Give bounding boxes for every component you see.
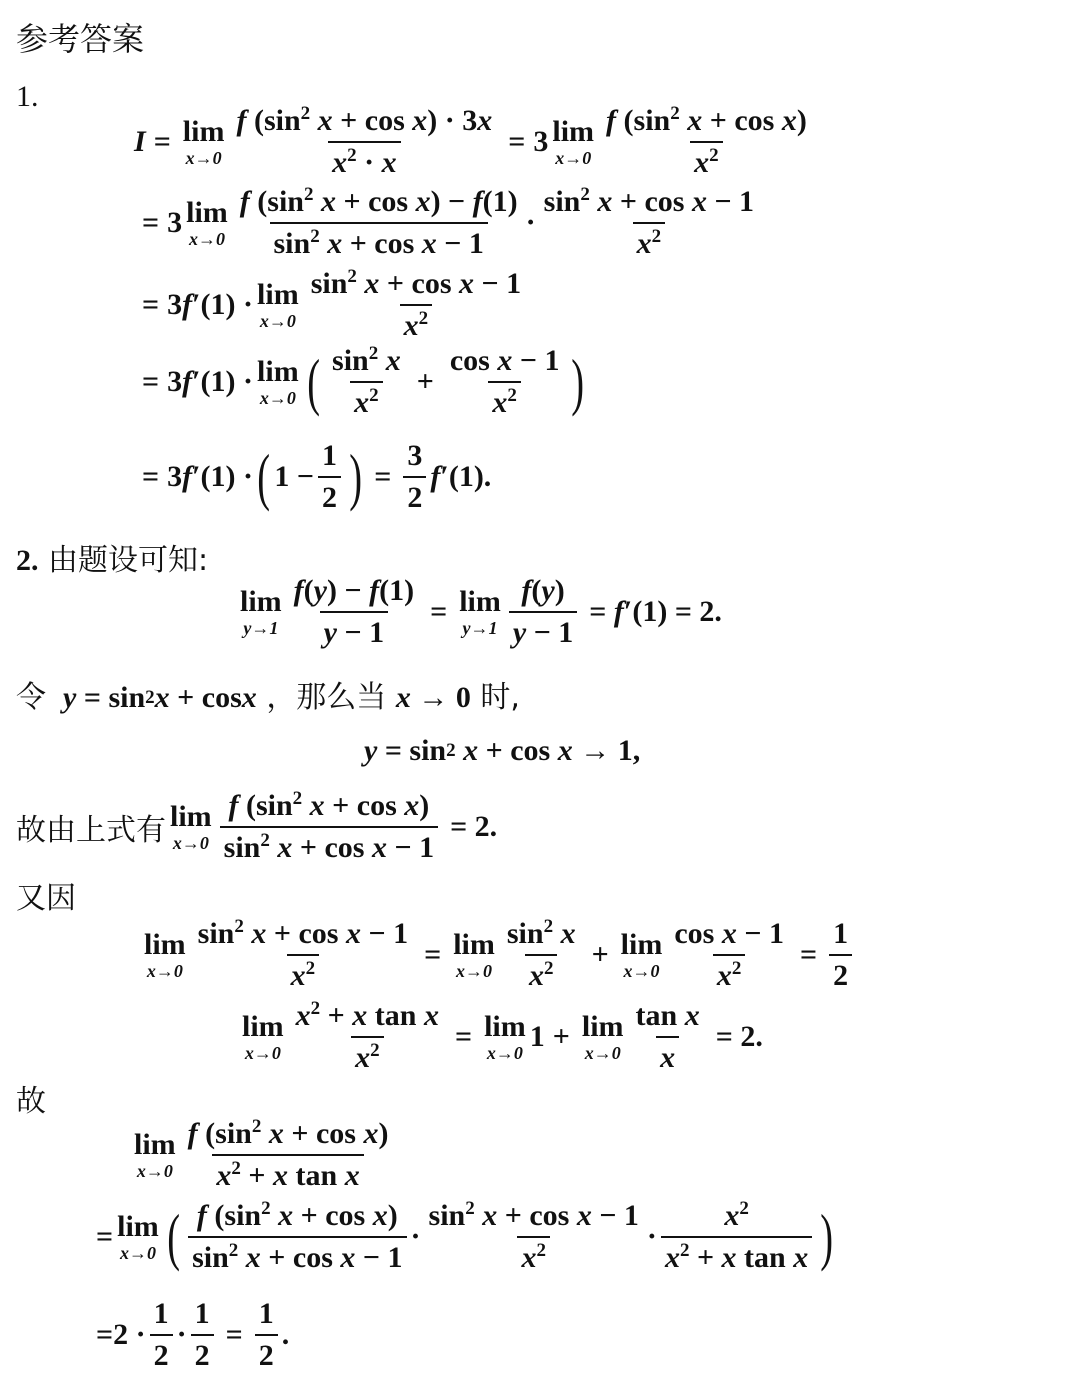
- fraction: f (sin2 x + cos x) − f(1) sin2 x + cos x…: [236, 186, 522, 259]
- lim-sub: x→0: [189, 230, 225, 248]
- numerator: f (sin2 x + cos x) · 3x: [232, 105, 496, 141]
- lim-text: lim: [242, 1012, 284, 1042]
- math-op: =: [424, 938, 441, 972]
- denominator: 2: [403, 476, 426, 514]
- fraction: tan xx: [632, 1000, 704, 1073]
- lim-sub: x→0: [624, 962, 660, 980]
- lim-text: lim: [453, 930, 495, 960]
- denominator: y − 1: [509, 611, 577, 649]
- limit-operator: limx→0: [186, 198, 228, 248]
- denominator: 2: [150, 1334, 173, 1372]
- denominator: x2: [517, 1236, 550, 1274]
- right-paren: ): [572, 350, 585, 414]
- numerator: f (sin2 x + cos x) − f(1): [236, 186, 522, 222]
- left-paren: (: [167, 1205, 180, 1269]
- limit-operator: limx→0: [453, 930, 495, 980]
- therefore-label: 故: [16, 1076, 46, 1120]
- fraction: sin2 xx2: [503, 918, 580, 991]
- denominator: x2: [287, 954, 320, 992]
- part1-eq-line-4: =3f′(1) · limx→0 ( sin2 x x2 + cos x − 1…: [142, 345, 589, 418]
- lim-sub: x→0: [456, 962, 492, 980]
- math-op: ·: [411, 1220, 421, 1254]
- fraction: sin2 x + cos x − 1x2: [425, 1200, 643, 1273]
- numerator: sin2 x: [503, 918, 580, 954]
- denominator: y − 1: [320, 611, 388, 649]
- part2-eq-split-limit: limx→0 sin2 x + cos x − 1x2 = limx→0 sin…: [140, 918, 856, 991]
- fraction: f (sin2 x + cos x) x2: [602, 105, 811, 178]
- numerator: sin2 x: [328, 345, 405, 381]
- denominator: sin2 x + cos x − 1: [220, 826, 438, 864]
- right-paren: ): [349, 445, 362, 509]
- lim-text: lim: [459, 587, 501, 617]
- lim-sub: x→0: [555, 149, 591, 167]
- part1-eq-line-2: =3 limx→0 f (sin2 x + cos x) − f(1) sin2…: [142, 186, 762, 259]
- limit-operator: limx→0: [621, 930, 663, 980]
- numerator: 1: [191, 1298, 214, 1334]
- lim-text: lim: [186, 198, 228, 228]
- limit-operator: limx→0: [582, 1012, 624, 1062]
- lim-sub: x→0: [260, 312, 296, 330]
- lim-sub: x→0: [120, 1244, 156, 1262]
- lim-sub: x→0: [137, 1162, 173, 1180]
- fraction: 12: [255, 1298, 278, 1371]
- math-op: =: [154, 125, 171, 159]
- part2-heading: 2. 由题设可知:: [16, 535, 208, 579]
- denominator: x2: [350, 381, 383, 419]
- numerator: 3: [403, 440, 426, 476]
- part1-eq-line-1: I= limx→0 f (sin2 x + cos x) · 3x x2 · x…: [134, 105, 815, 178]
- lim-sub: x→0: [245, 1044, 281, 1062]
- denominator: x2: [713, 954, 746, 992]
- math-number: 1: [530, 1020, 545, 1054]
- math-op: ·: [647, 1220, 657, 1254]
- fraction: sin2 x + cos x − 1 x2: [540, 186, 758, 259]
- fraction: x2 + x tan xx2: [292, 1000, 443, 1073]
- hence-prefix: 故由上式有: [16, 805, 166, 849]
- lim-sub: x→0: [173, 834, 209, 852]
- fraction: f (sin2 x + cos x)sin2 x + cos x − 1: [188, 1200, 406, 1273]
- part2-eq-hence: 故由上式有 limx→0 f (sin2 x + cos x)sin2 x + …: [16, 790, 497, 863]
- fraction: 12: [191, 1298, 214, 1371]
- numerator: f (sin2 x + cos x): [602, 105, 811, 141]
- numerator: f (sin2 x + cos x): [184, 1118, 393, 1154]
- fraction: f(y) − f(1)y − 1: [290, 575, 418, 648]
- math-op: =: [142, 288, 159, 322]
- numerator: x2: [720, 1200, 753, 1236]
- math-result: = 2.: [450, 810, 497, 844]
- math-op: ·: [526, 206, 536, 240]
- left-paren: (: [257, 445, 270, 509]
- denominator: 2: [255, 1334, 278, 1372]
- limit-operator: limx→0: [552, 117, 594, 167]
- left-paren: (: [307, 350, 320, 414]
- math-op: =: [800, 938, 817, 972]
- numerator: sin2 x + cos x − 1: [425, 1200, 643, 1236]
- math-op: =: [142, 460, 159, 494]
- math-op: =: [374, 460, 391, 494]
- fraction: f (sin2 x + cos x)x2 + x tan x: [184, 1118, 393, 1191]
- math-result: = 2.: [716, 1020, 763, 1054]
- fraction: sin2 x + cos x − 1 x2: [307, 268, 525, 341]
- denominator: x2: [488, 381, 521, 419]
- fraction: sin2 x x2: [328, 345, 405, 418]
- fraction: 12: [150, 1298, 173, 1371]
- lim-text: lim: [552, 117, 594, 147]
- limit-operator: limx→0: [484, 1012, 526, 1062]
- denominator: x2: [525, 954, 558, 992]
- denominator: x: [656, 1036, 679, 1074]
- lim-text: lim: [257, 357, 299, 387]
- denominator: sin2 x + cos x − 1: [270, 222, 488, 260]
- denominator: x2: [400, 304, 433, 342]
- lim-sub: x→0: [260, 389, 296, 407]
- numerator: x2 + x tan x: [292, 1000, 443, 1036]
- fraction: cos x − 1 x2: [446, 345, 564, 418]
- math-op: =: [142, 365, 159, 399]
- lim-text: lim: [621, 930, 663, 960]
- lim-sub: x→0: [585, 1044, 621, 1062]
- math-op: =: [508, 125, 525, 159]
- math-symbol: I: [134, 125, 146, 159]
- part1-label: 1.: [16, 80, 39, 114]
- limit-operator: limx→0: [170, 802, 212, 852]
- limit-operator: limx→0: [134, 1130, 176, 1180]
- numerator: 1: [150, 1298, 173, 1334]
- right-paren: ): [820, 1205, 833, 1269]
- math-op: =: [226, 1318, 243, 1352]
- limit-operator: limx→0: [144, 930, 186, 980]
- numerator: sin2 x + cos x − 1: [307, 268, 525, 304]
- part2-eq-tan-limit: limx→0 x2 + x tan xx2 = limx→0 1 + limx→…: [238, 1000, 763, 1073]
- denominator: x2 · x: [328, 141, 401, 179]
- final-eq-line-1: limx→0 f (sin2 x + cos x)x2 + x tan x: [130, 1118, 396, 1191]
- math-term: =2 ·: [96, 1318, 146, 1352]
- fraction: f (sin2 x + cos x)sin2 x + cos x − 1: [220, 790, 438, 863]
- part2-label: 2.: [16, 544, 39, 578]
- fraction: f(y)y − 1: [509, 575, 577, 648]
- math-period: .: [282, 1318, 290, 1352]
- part2-substitution: 令 y = sin2 x + cos x ，那么当 x → 0 时,: [16, 672, 520, 716]
- let-mid: ，那么当: [266, 680, 386, 715]
- numerator: f(y) − f(1): [290, 575, 418, 611]
- lim-text: lim: [170, 802, 212, 832]
- final-eq-line-3: =2 · 12 · 12 = 12 .: [96, 1298, 289, 1371]
- denominator: 2: [191, 1334, 214, 1372]
- fraction: x2x2 + x tan x: [661, 1200, 812, 1273]
- limit-operator: limx→0: [257, 357, 299, 407]
- math-op: +: [417, 365, 434, 399]
- denominator: x2 + x tan x: [212, 1154, 363, 1192]
- fraction: 12: [829, 918, 852, 991]
- fraction: cos x − 1x2: [670, 918, 788, 991]
- math-op: ·: [177, 1318, 187, 1352]
- denominator: x2 + x tan x: [661, 1236, 812, 1274]
- let-prefix: 令: [16, 680, 46, 715]
- numerator: f (sin2 x + cos x): [224, 790, 433, 826]
- lim-sub: x→0: [487, 1044, 523, 1062]
- lim-text: lim: [183, 117, 225, 147]
- math-number: 3: [167, 206, 182, 240]
- denominator: x2: [633, 222, 666, 260]
- math-op: +: [592, 938, 609, 972]
- numerator: sin2 x + cos x − 1: [194, 918, 412, 954]
- also-label: 又因: [16, 873, 76, 917]
- fraction: sin2 x + cos x − 1x2: [194, 918, 412, 991]
- lim-text: lim: [117, 1212, 159, 1242]
- math-op: =: [430, 595, 447, 629]
- lim-sub: x→0: [147, 962, 183, 980]
- math-op: =: [455, 1020, 472, 1054]
- math-op: =: [96, 1220, 113, 1254]
- numerator: cos x − 1: [446, 345, 564, 381]
- limit-operator: limx→0: [183, 117, 225, 167]
- lim-sub: y→1: [463, 619, 498, 637]
- part1-eq-line-3: =3f′(1) · limx→0 sin2 x + cos x − 1 x2: [142, 268, 529, 341]
- limit-operator: limx→0: [117, 1212, 159, 1262]
- denominator: 2: [829, 954, 852, 992]
- limit-operator: limy→1: [240, 587, 282, 637]
- lim-sub: y→1: [243, 619, 278, 637]
- numerator: sin2 x + cos x − 1: [540, 186, 758, 222]
- numerator: f (sin2 x + cos x): [193, 1200, 402, 1236]
- limit-operator: limx→0: [242, 1012, 284, 1062]
- fraction: 12: [318, 440, 341, 513]
- lim-text: lim: [582, 1012, 624, 1042]
- page-title: 参考答案: [16, 14, 144, 60]
- lim-text: lim: [484, 1012, 526, 1042]
- limit-operator: limy→1: [459, 587, 501, 637]
- lim-sub: x→0: [186, 149, 222, 167]
- denominator: 2: [318, 476, 341, 514]
- part2-intro: 由题设可知:: [48, 543, 208, 578]
- numerator: 1: [829, 918, 852, 954]
- math-number: 3: [533, 125, 548, 159]
- lim-text: lim: [144, 930, 186, 960]
- numerator: 1: [255, 1298, 278, 1334]
- fraction: 32: [403, 440, 426, 513]
- lim-text: lim: [257, 280, 299, 310]
- numerator: 1: [318, 440, 341, 476]
- final-eq-line-2: = limx→0 ( f (sin2 x + cos x)sin2 x + co…: [96, 1200, 838, 1273]
- denominator: x2: [690, 141, 723, 179]
- numerator: tan x: [632, 1000, 704, 1036]
- part1-eq-line-5: =3f′(1) · ( 1 − 12 ) = 32 f′(1).: [142, 440, 491, 513]
- lim-text: lim: [134, 1130, 176, 1160]
- part2-eq-derivative: limy→1 f(y) − f(1)y − 1 = limy→1 f(y)y −…: [236, 575, 722, 648]
- math-op: +: [553, 1020, 570, 1054]
- denominator: sin2 x + cos x − 1: [188, 1236, 406, 1274]
- denominator: x2: [351, 1036, 384, 1074]
- limit-operator: limx→0: [257, 280, 299, 330]
- numerator: f(y): [517, 575, 568, 611]
- math-op: =: [142, 206, 159, 240]
- numerator: cos x − 1: [670, 918, 788, 954]
- let-suffix: 时,: [480, 680, 520, 715]
- part2-eq-limit-y: y = sin2 x + cos x → 1,: [364, 734, 640, 768]
- lim-text: lim: [240, 587, 282, 617]
- fraction: f (sin2 x + cos x) · 3x x2 · x: [232, 105, 496, 178]
